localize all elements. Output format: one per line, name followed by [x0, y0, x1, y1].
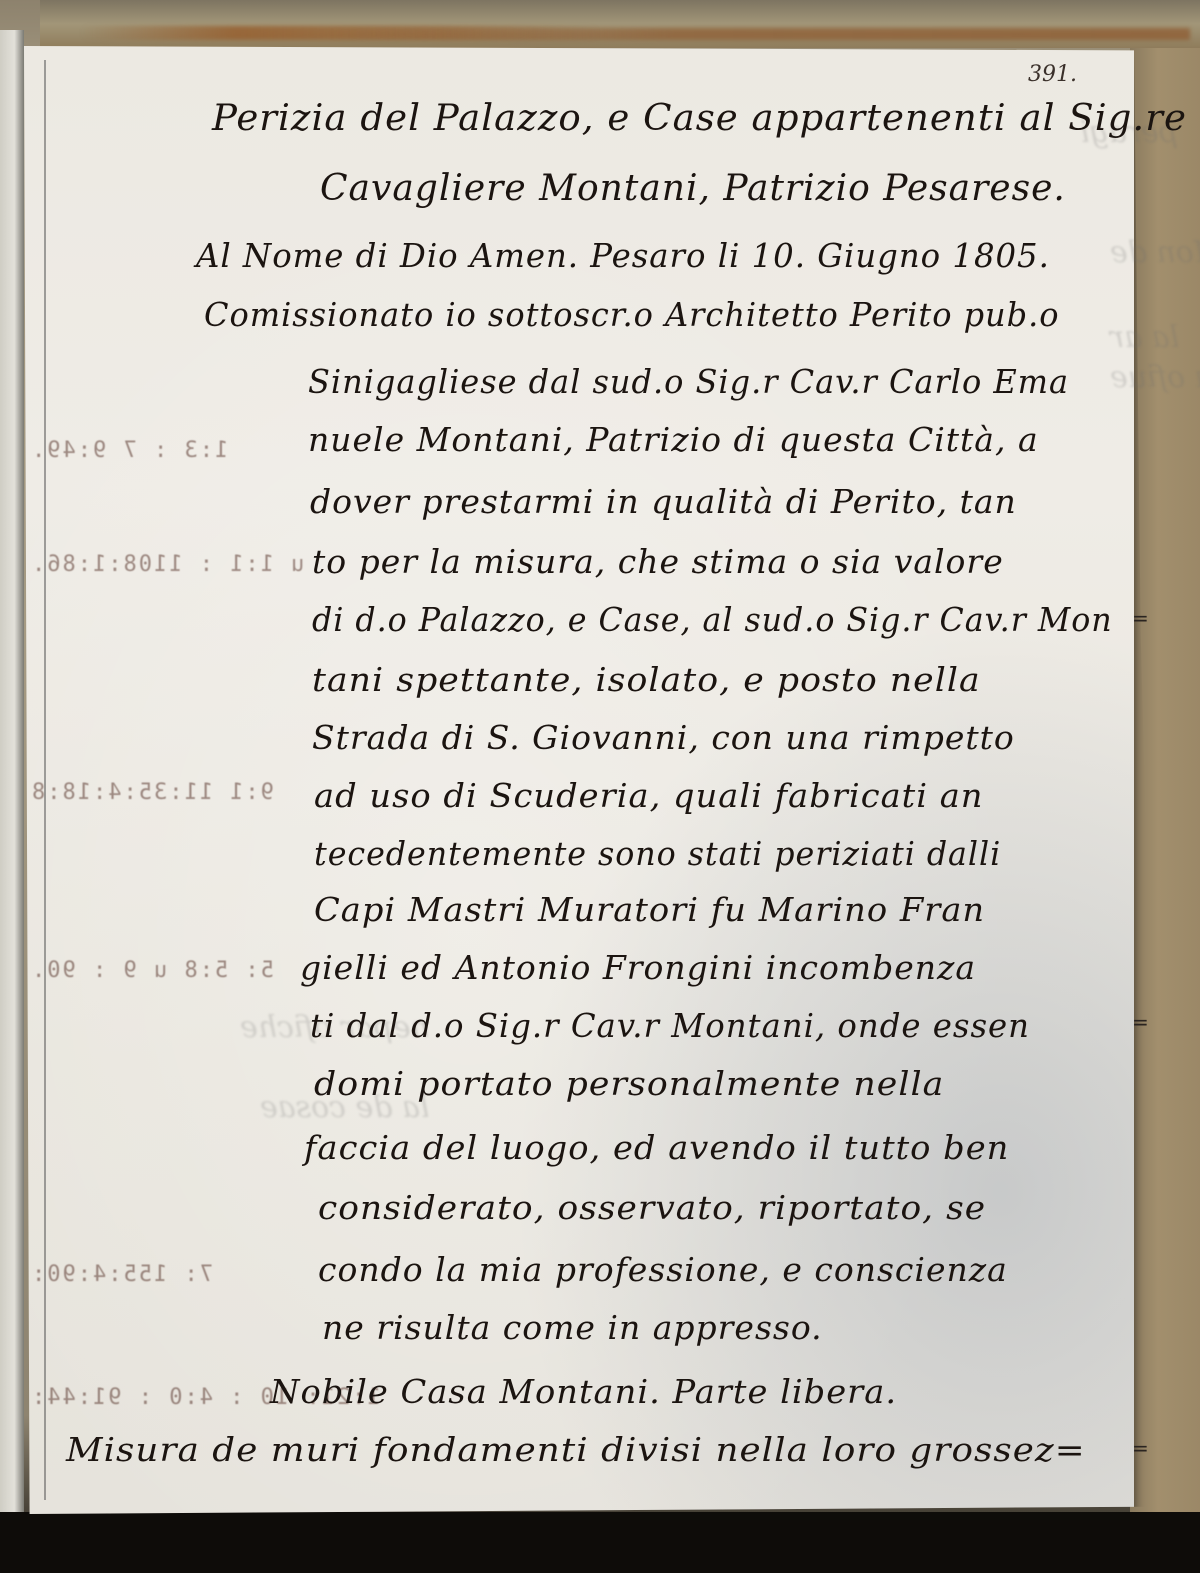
body-line-final: Misura de muri fondamenti divisi nella l…	[66, 1430, 1086, 1469]
body-line: condo la mia professione, e conscienza	[318, 1250, 1008, 1289]
rust-stain	[330, 28, 1190, 40]
margin-bleed-through: 9:1 11:35:4:18:8	[30, 780, 274, 805]
bleed-through-ghost: Mon de	[1110, 235, 1200, 270]
margin-bleed-through: u 1:1 : 1108:1:86.	[30, 552, 304, 577]
document-title-line-1: Perizia del Palazzo, e Case appartenenti…	[212, 98, 1187, 139]
margin-bleed-through: 1:3 : 7 9:49.	[30, 438, 228, 463]
body-line: domi portato personalmente nella	[314, 1064, 944, 1103]
body-line: tani spettante, isolato, e posto nella	[312, 660, 981, 699]
body-line: Strada di S. Giovanni, con una rimpetto	[312, 718, 1015, 757]
section-heading: Nobile Casa Montani. Parte libera.	[270, 1372, 897, 1411]
bottom-shadow	[0, 1512, 1200, 1573]
facing-page-edge	[0, 30, 24, 1550]
body-line: ne risulta come in appresso.	[322, 1308, 823, 1347]
hyphen-mark: =	[1132, 1436, 1149, 1460]
bleed-through-ghost: ma ofiue	[1110, 360, 1200, 395]
body-line: Capi Mastri Muratori fu Marino Fran	[314, 890, 985, 929]
manuscript-photo: peragi Mon de la ar ma ofiue nepar ofich…	[0, 0, 1200, 1573]
body-line: ad uso di Scuderia, quali fabricati an	[314, 776, 984, 815]
bleed-through-ghost: la ar	[1110, 320, 1179, 355]
folio-number: 391.	[1028, 62, 1077, 87]
body-line: tecedentemente sono stati periziati dall…	[314, 834, 1001, 873]
body-line: Al Nome di Dio Amen. Pesaro li 10. Giugn…	[196, 236, 1050, 275]
margin-bleed-through: 7: 155:4:90:	[30, 1262, 213, 1287]
document-title-line-2: Cavagliere Montani, Patrizio Pesarese.	[320, 168, 1066, 209]
margin-bleed-through: 5: 5:8 u 9 : 90.	[30, 958, 274, 983]
body-line: to per la misura, che stima o sia valore	[312, 542, 1004, 581]
body-line: gielli ed Antonio Frongini incombenza	[300, 948, 976, 987]
body-line: di d.o Palazzo, e Case, al sud.o Sig.r C…	[312, 600, 1113, 639]
hyphen-mark: =	[1132, 606, 1149, 630]
body-line: dover prestarmi in qualità di Perito, ta…	[310, 482, 1017, 521]
hyphen-mark: =	[1132, 1010, 1149, 1034]
body-line: nuele Montani, Patrizio di questa Città,…	[308, 420, 1039, 459]
body-line: Sinigagliese dal sud.o Sig.r Cav.r Carlo…	[308, 362, 1069, 401]
body-line: Comissionato io sottoscr.o Architetto Pe…	[204, 295, 1059, 334]
body-line: faccia del luogo, ed avendo il tutto ben	[304, 1128, 1009, 1167]
body-line: considerato, osservato, riportato, se	[318, 1188, 986, 1227]
top-page-edges	[40, 0, 1200, 48]
body-line: ti dal d.o Sig.r Cav.r Montani, onde ess…	[310, 1006, 1030, 1045]
